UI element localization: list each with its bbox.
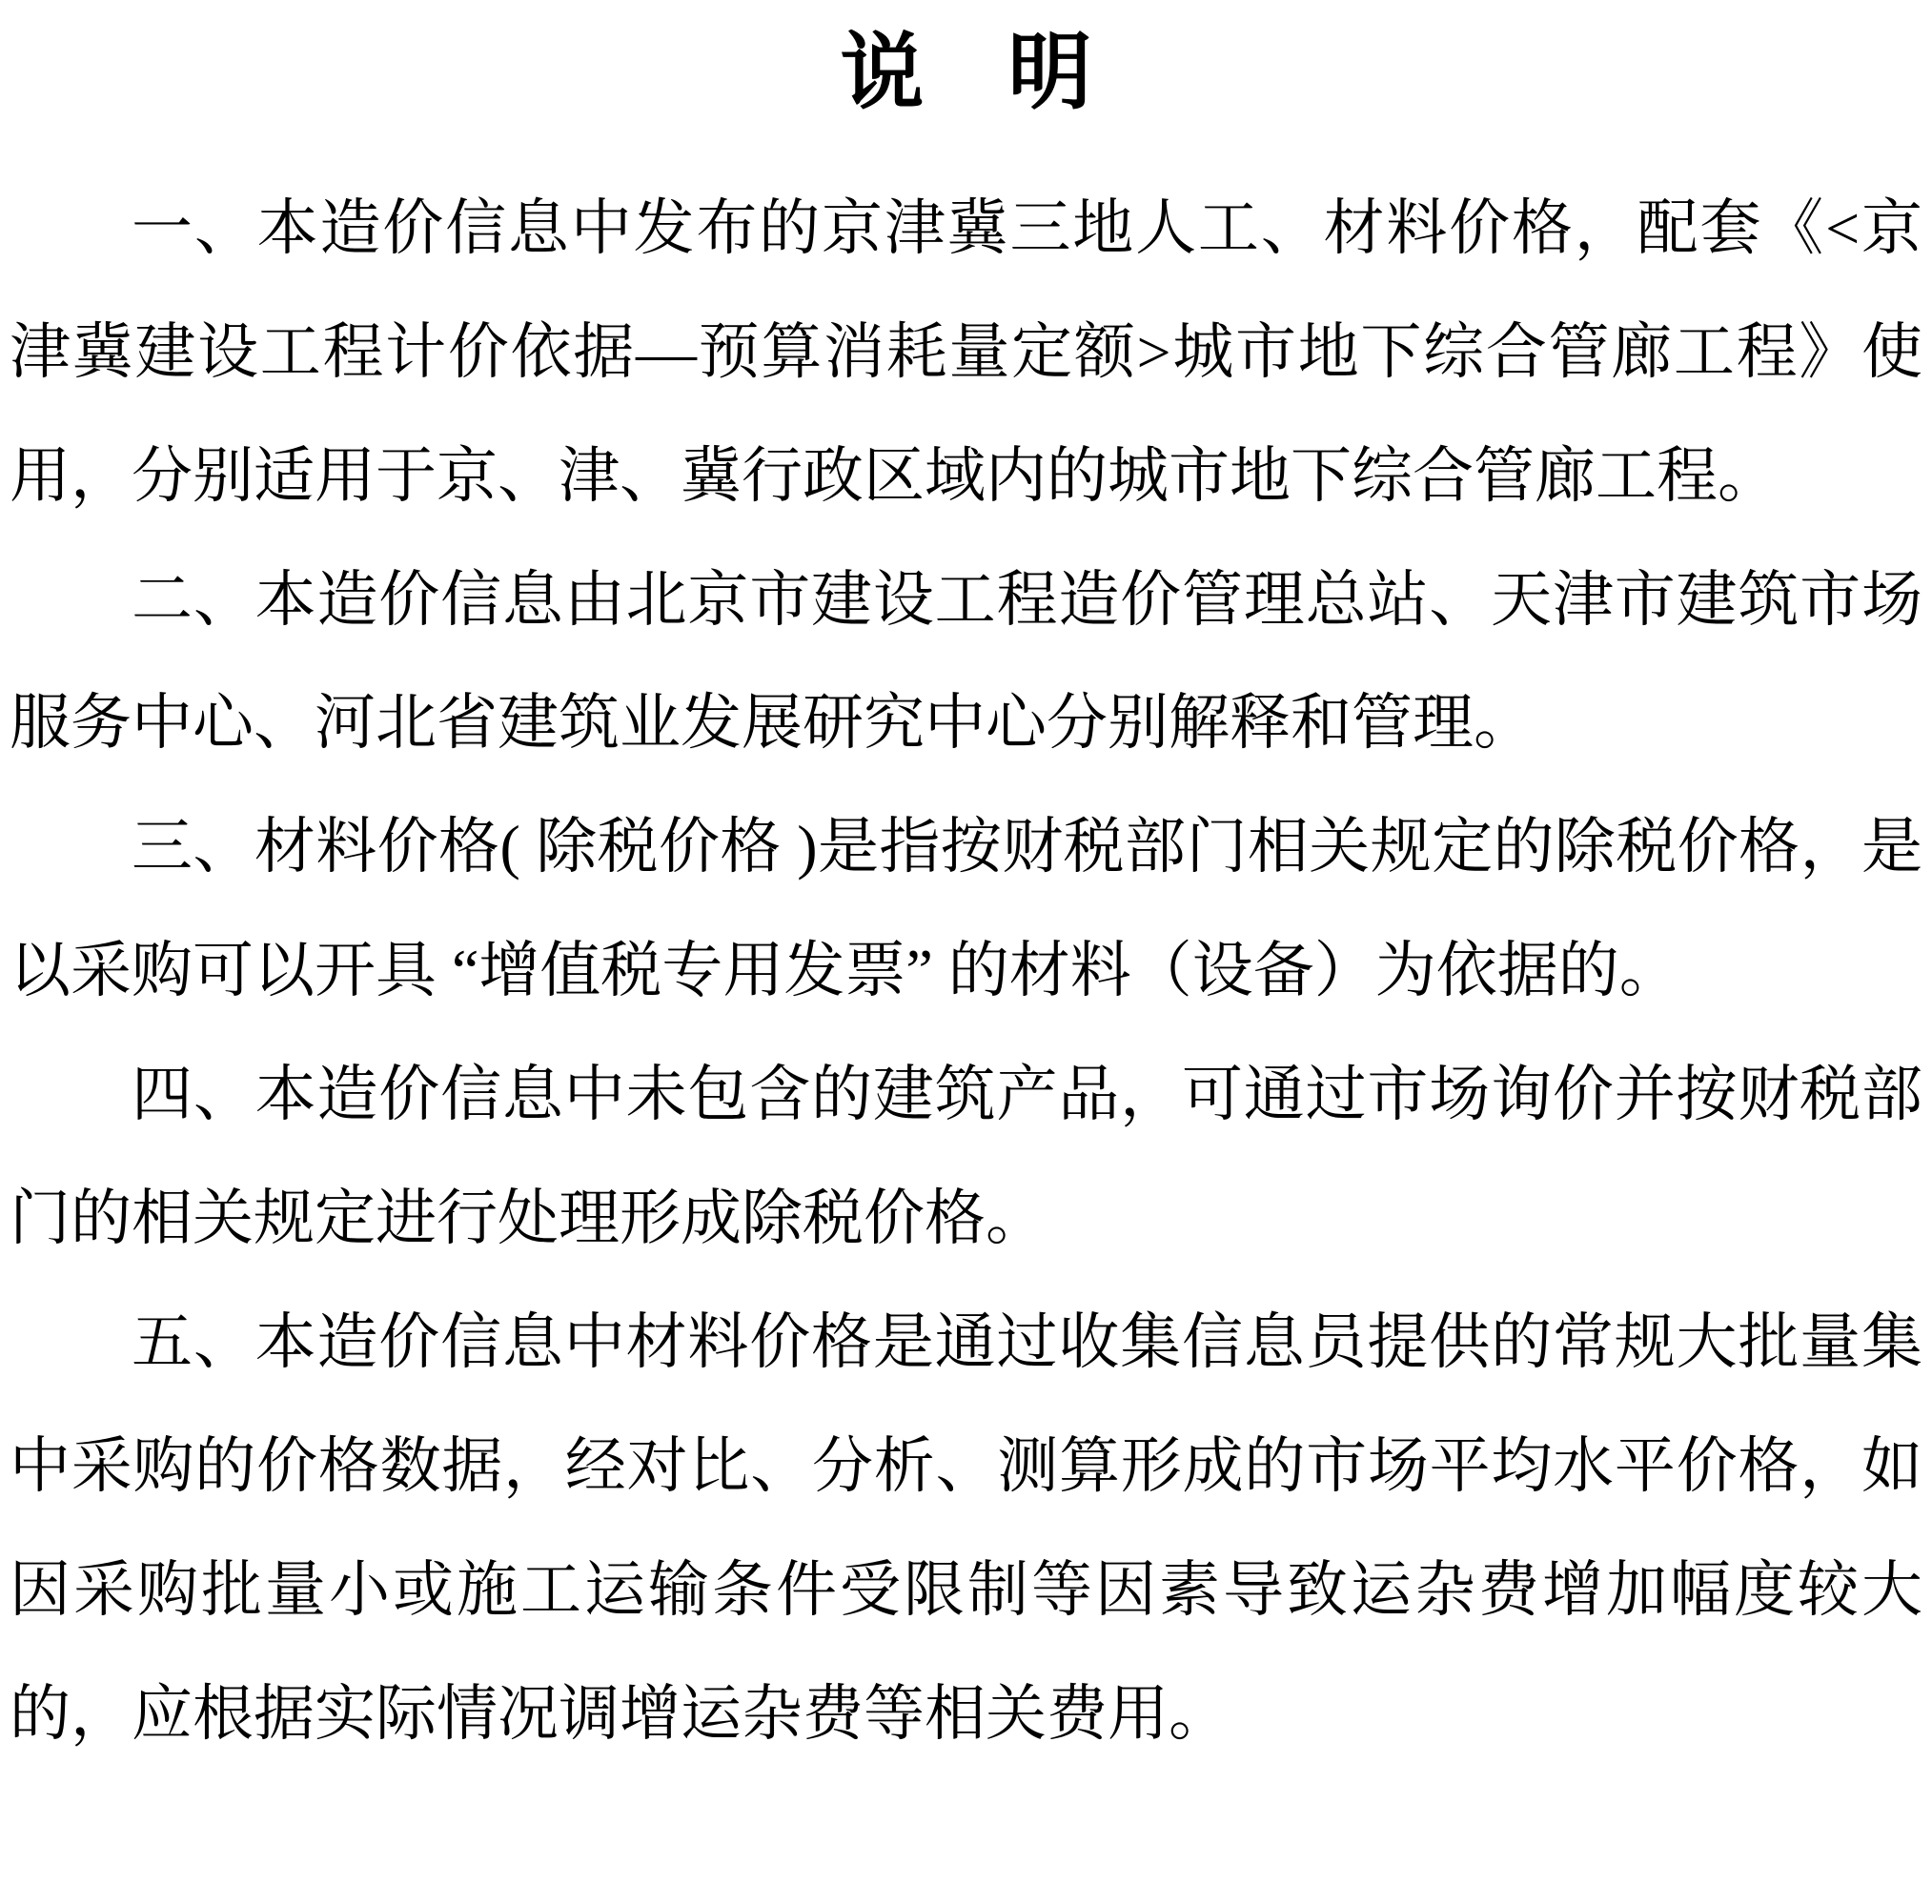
paragraph-2: 二、本造价信息由北京市建设工程造价管理总站、天津市建筑市场服务中心、河北省建筑业…: [10, 538, 1922, 786]
paragraph-5: 五、本造价信息中材料价格是通过收集信息员提供的常规大批量集中采购的价格数据，经对…: [10, 1281, 1922, 1776]
document-page: 说 明 一、本造价信息中发布的京津冀三地人工、材料价格，配套《<京津冀建设工程计…: [0, 0, 1932, 1904]
paragraph-1: 一、本造价信息中发布的京津冀三地人工、材料价格，配套《<京津冀建设工程计价依据—…: [10, 167, 1922, 538]
page-title: 说 明: [10, 27, 1922, 119]
paragraph-3: 三、材料价格( 除税价格 )是指按财税部门相关规定的除税价格，是以采购可以开具 …: [10, 785, 1922, 1033]
paragraph-4: 四、本造价信息中未包含的建筑产品，可通过市场询价并按财税部门的相关规定进行处理形…: [10, 1033, 1922, 1281]
